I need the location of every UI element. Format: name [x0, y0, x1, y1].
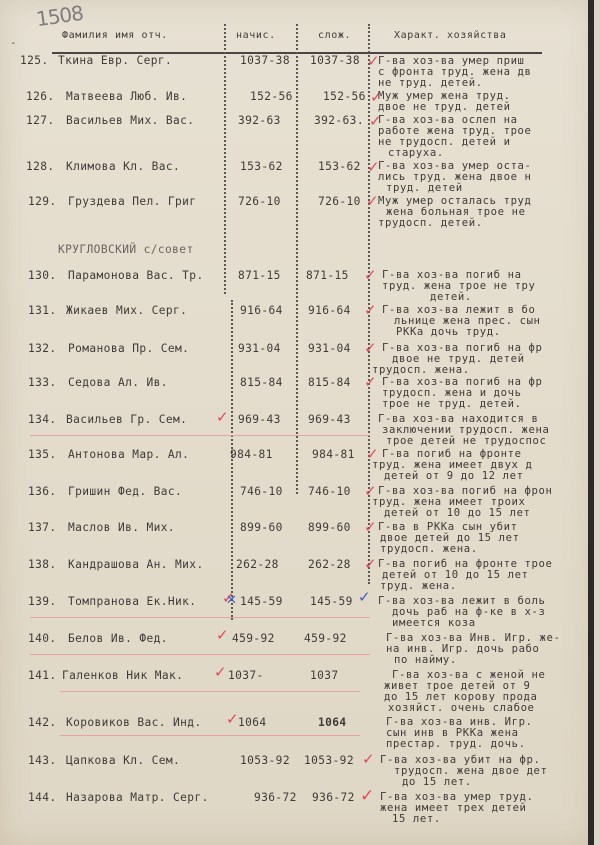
row-name: Гришин Фед. Вас.: [68, 486, 182, 498]
row-charged: 984-81: [230, 449, 273, 461]
row-paid: 916-64: [308, 305, 351, 317]
row-number: 128.: [26, 161, 55, 173]
row-number: 134.: [28, 414, 57, 426]
row-number: 137.: [28, 522, 57, 534]
row-number: 144.: [28, 792, 57, 804]
row-number: 132.: [28, 343, 57, 355]
row-charged: 969-43: [238, 414, 281, 426]
blue-check-icon: ✓: [358, 590, 371, 604]
row-number: 140.: [28, 633, 57, 645]
red-underline: [30, 617, 370, 618]
row-paid: 899-60: [308, 522, 351, 534]
row-charged: 152-56: [250, 91, 293, 103]
row-desc-line: двое не труд. детей: [378, 102, 511, 114]
row-number: 141.: [28, 670, 57, 682]
row-paid: 152-56: [323, 91, 366, 103]
row-number: 127.: [26, 115, 55, 127]
row-number: 139.: [28, 596, 57, 608]
row-number: 136.: [28, 486, 57, 498]
row-name: Груздева Пел. Григ: [68, 196, 196, 208]
red-check-icon: ✓: [226, 712, 239, 726]
row-charged: 936-72: [254, 792, 297, 804]
row-number: 135.: [28, 449, 57, 461]
row-name: Коровиков Вас. Инд.: [66, 717, 202, 729]
red-check-icon: ✓: [216, 628, 229, 642]
red-check-icon: ✓: [364, 303, 377, 317]
row-paid: 746-10: [308, 486, 351, 498]
row-charged: 1037-38: [240, 55, 290, 67]
header-charged: начис.: [236, 30, 276, 42]
row-paid: 931-04: [308, 343, 351, 355]
row-paid: 936-72: [312, 792, 355, 804]
row-name: Матвеева Люб. Ив.: [66, 91, 187, 103]
red-check-icon: ✓: [364, 375, 377, 389]
red-check-icon: ✓: [366, 194, 379, 208]
row-charged: 931-04: [238, 343, 281, 355]
row-name: Ткина Евр. Серг.: [58, 55, 172, 67]
red-check-icon: ✓: [364, 520, 377, 534]
row-paid: 262-28: [308, 559, 351, 571]
header-name: Фамилия имя отч.: [62, 30, 168, 42]
row-charged: 726-10: [238, 196, 281, 208]
row-paid: 153-62: [318, 161, 361, 173]
red-check-icon: ✓: [364, 557, 377, 571]
row-desc-line: РККа дочь труд.: [396, 327, 501, 339]
red-check-icon: ✓: [216, 410, 229, 424]
row-paid: 1037: [310, 670, 339, 682]
header-paid: слож.: [318, 30, 351, 42]
document-page: 1508 - Фамилия имя отч. начис. слож. Хар…: [0, 0, 594, 845]
row-number: 130.: [28, 270, 57, 282]
row-name: Парамонова Вас. Тр.: [68, 270, 204, 282]
row-number: 129.: [28, 196, 57, 208]
row-charged: 899-60: [240, 522, 283, 534]
red-check-icon: ✓: [214, 665, 227, 679]
row-name: Кандрашова Ан. Мих.: [68, 559, 204, 571]
row-number: 138.: [28, 559, 57, 571]
row-desc-line: не труд. детей.: [378, 78, 483, 90]
page-edge: [588, 0, 594, 845]
row-paid: 392-63.: [314, 115, 364, 127]
row-name: Жикаев Мих. Серг.: [66, 305, 187, 317]
row-name: Васильев Мих. Вас.: [66, 115, 194, 127]
row-name: Романова Пр. Сем.: [68, 343, 189, 355]
red-check-icon: ✓: [364, 341, 377, 355]
row-desc-line: трудосп. жена.: [372, 365, 470, 377]
row-name: Седова Ал. Ив.: [68, 377, 168, 389]
row-charged: 459-92: [232, 633, 275, 645]
row-charged: 262-28: [236, 559, 279, 571]
row-charged: 1037-: [228, 670, 264, 682]
margin-mark: -: [10, 36, 17, 49]
red-underline: [30, 435, 370, 436]
row-desc-line: детей.: [430, 292, 472, 304]
row-number: 131.: [28, 305, 57, 317]
row-name: Назарова Матр. Серг.: [66, 792, 209, 804]
row-desc-line: трое не труд. детей.: [382, 399, 522, 411]
row-number: 142.: [28, 717, 57, 729]
row-name: Маслов Ив. Мих.: [68, 522, 175, 534]
red-underline: [60, 735, 360, 736]
row-number: 126.: [26, 91, 55, 103]
column-separator: [296, 24, 300, 494]
row-name: Антонова Мар. Ал.: [68, 449, 189, 461]
row-desc-line: хозяйст. очень слабое: [388, 703, 535, 715]
row-desc-line: старуха.: [388, 148, 444, 160]
row-desc-line: имеется коза: [392, 618, 476, 630]
section-heading: КРУГЛОВСКИЙ с/совет: [58, 244, 194, 256]
row-paid: 984-81: [312, 449, 355, 461]
red-check-icon: ✓: [364, 268, 377, 282]
row-charged: 916-64: [240, 305, 283, 317]
row-desc-line: труд. детей: [386, 183, 463, 195]
row-charged: 815-84: [240, 377, 283, 389]
row-charged: 1053-92: [240, 755, 290, 767]
red-check-icon: ✓: [362, 752, 375, 766]
row-desc-line: 15 лет.: [392, 814, 441, 826]
row-desc-line: трудосп. жена.: [380, 544, 478, 556]
red-underline: [60, 691, 360, 692]
row-paid: 871-15: [306, 270, 349, 282]
row-name: Томпранова Ек.Ник.: [68, 596, 196, 608]
row-desc-line: трое детей не трудоспос: [386, 436, 547, 448]
red-check-icon: ✓: [360, 789, 374, 803]
row-desc-line: по найму.: [394, 655, 457, 667]
column-separator: [224, 24, 228, 294]
row-paid: 969-43: [308, 414, 351, 426]
row-desc-line: до 15 лет.: [402, 777, 472, 789]
row-charged: 871-15: [238, 270, 281, 282]
row-charged: 392-63: [238, 115, 281, 127]
row-paid: 1053-92: [304, 755, 354, 767]
row-number: 143.: [28, 755, 57, 767]
row-desc-line: трудосп. детей.: [378, 218, 483, 230]
row-charged: 746-10: [240, 486, 283, 498]
row-desc-line: труд. жена.: [380, 581, 457, 593]
row-charged: 145-59: [240, 596, 283, 608]
row-number: 125.: [20, 55, 49, 67]
row-name: Галенков Ник Мак.: [62, 670, 183, 682]
pencil-page-number: 1508: [35, 1, 85, 31]
red-underline: [30, 654, 370, 655]
row-number: 133.: [28, 377, 57, 389]
row-name: Климова Кл. Вас.: [66, 161, 180, 173]
row-desc-line: престар. труд. дочь.: [386, 739, 526, 751]
row-paid: 459-92: [304, 633, 347, 645]
header-description: Характ. хозяйства: [394, 30, 507, 42]
row-paid: 1064: [318, 717, 347, 729]
row-desc-line: детей от 9 до 12 лет: [384, 471, 524, 483]
row-charged: 1064: [238, 717, 267, 729]
row-name: Васильев Гр. Сем.: [66, 414, 187, 426]
row-name: Цапкова Кл. Сем.: [66, 755, 180, 767]
row-paid: 726-10: [318, 196, 361, 208]
row-paid: 1037-38: [310, 55, 360, 67]
row-name: Белов Ив. Фед.: [68, 633, 168, 645]
row-paid: 145-59: [310, 596, 353, 608]
blue-cross-icon: ✕: [226, 594, 237, 608]
row-charged: 153-62: [240, 161, 283, 173]
row-paid: 815-84: [308, 377, 351, 389]
row-desc-line: детей от 10 до 15 лет: [384, 508, 531, 520]
